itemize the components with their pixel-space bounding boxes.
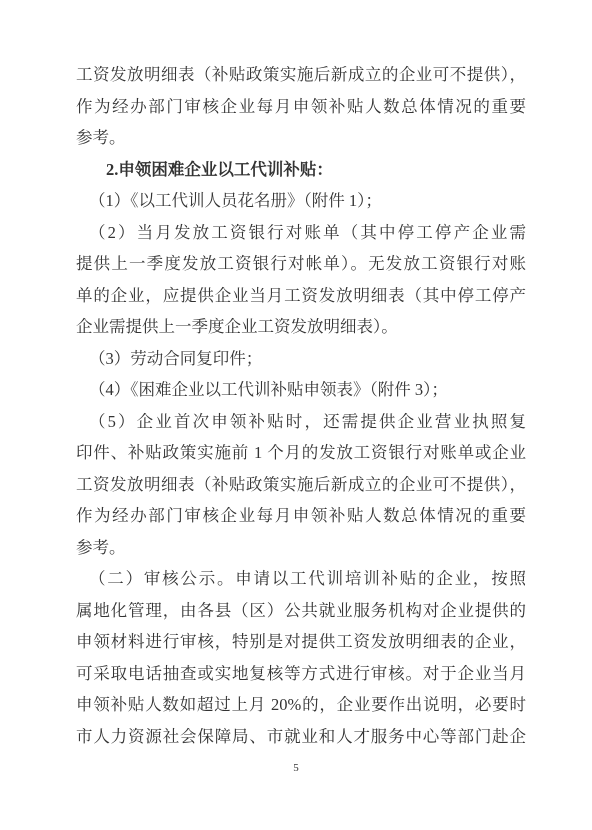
text-line: （5）企业首次申领补贴时，还需提供企业营业执照复 <box>76 406 526 438</box>
text-line: 属地化管理，由各县（区）公共就业服务机构对企业提供的 <box>76 595 526 627</box>
text-line: 工资发放明细表（补贴政策实施后新成立的企业可不提供）， <box>76 469 526 501</box>
text-line: 作为经办部门审核企业每月申领补贴人数总体情况的重要 <box>76 91 526 123</box>
text-line: （二）审核公示。申请以工代训培训补贴的企业，按照 <box>76 563 526 595</box>
text-line: 可采取电话抽查或实地复核等方式进行审核。对于企业当月 <box>76 658 526 690</box>
document-page: 工资发放明细表（补贴政策实施后新成立的企业可不提供）， 作为经办部门审核企业每月… <box>0 0 592 830</box>
text-line: 印件、补贴政策实施前 1 个月的发放工资银行对账单或企业 <box>76 437 526 469</box>
text-line: 参考。 <box>76 122 526 154</box>
section-heading: 2.申领困难企业以工代训补贴： <box>76 154 526 186</box>
text-line: 市人力资源社会保障局、市就业和人才服务中心等部门赴企 <box>76 721 526 753</box>
text-line: （3）劳动合同复印件； <box>76 343 526 375</box>
text-line: （1）《以工代训人员花名册》（附件 1）； <box>76 185 526 217</box>
text-line: 作为经办部门审核企业每月申领补贴人数总体情况的重要 <box>76 500 526 532</box>
text-line: （2）当月发放工资银行对账单（其中停工停产企业需 <box>76 217 526 249</box>
text-line: 申领材料进行审核，特别是对提供工资发放明细表的企业， <box>76 626 526 658</box>
text-line: 申领补贴人数如超过上月 20%的，企业要作出说明，必要时 <box>76 689 526 721</box>
text-line: 单的企业，应提供企业当月工资发放明细表（其中停工停产 <box>76 280 526 312</box>
page-number: 5 <box>0 761 592 775</box>
text-line: 工资发放明细表（补贴政策实施后新成立的企业可不提供）， <box>76 59 526 91</box>
text-line: 企业需提供上一季度企业工资发放明细表）。 <box>76 311 526 343</box>
document-body: 工资发放明细表（补贴政策实施后新成立的企业可不提供）， 作为经办部门审核企业每月… <box>76 59 526 752</box>
text-line: 提供上一季度发放工资银行对帐单）。无发放工资银行对账 <box>76 248 526 280</box>
text-line: （4）《困难企业以工代训补贴申领表》（附件 3）； <box>76 374 526 406</box>
text-line: 参考。 <box>76 532 526 564</box>
